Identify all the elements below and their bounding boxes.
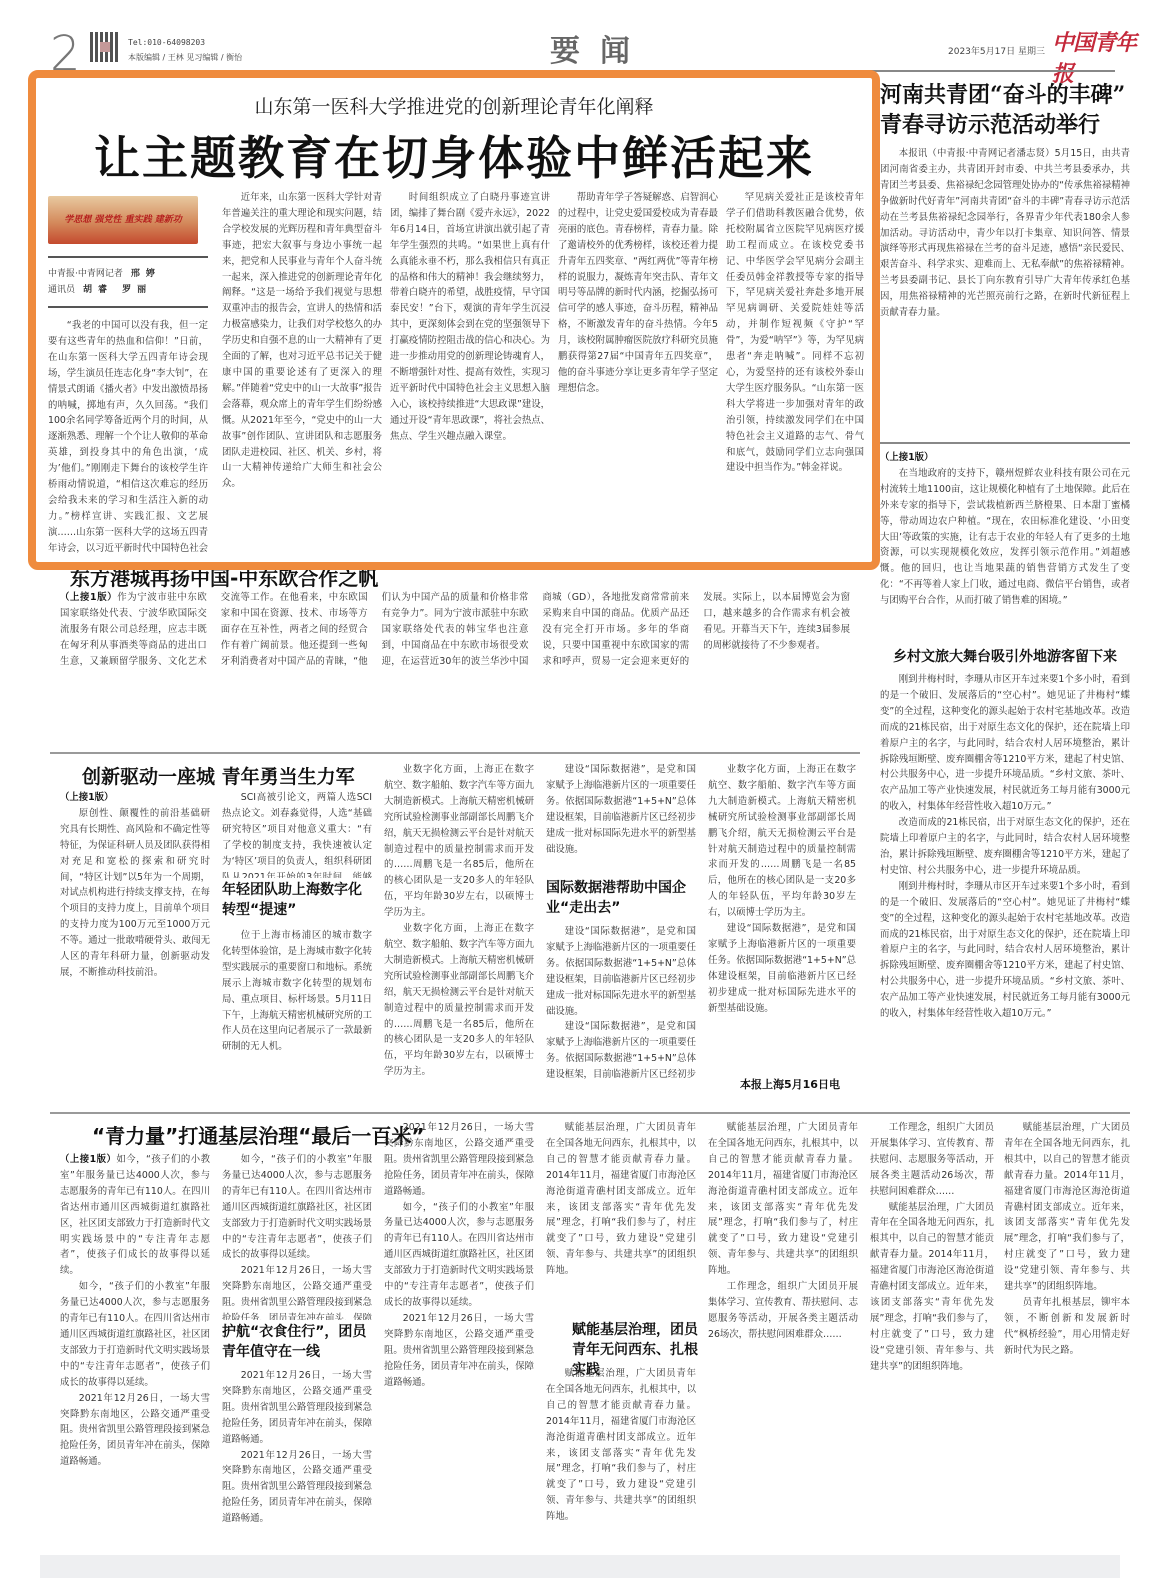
- innovation-col-4a: 建设“国际数据港”，是党和国家赋予上海临港新片区的一项重要任务。依据国际数据港“…: [546, 762, 696, 874]
- right-article-1-headline-2: 青春寻访示范活动举行: [880, 110, 1130, 140]
- newspaper-logo: 中国青年报: [1052, 26, 1140, 88]
- highlighted-lead-article[interactable]: 山东第一医科大学推进党的创新理论青年化阐释 让主题教育在切身体验中鲜活起来 学思…: [28, 70, 880, 570]
- innovation-col-3: 业数字化方面，上海正在数字航空、数字船舶、数字汽车等方面九大制造新模式。上海航天…: [384, 762, 534, 1088]
- innovation-col-1: （上接1版） 原创性、颠覆性的前沿基础研究具有长期性、高风险和不确定性等特征，为…: [60, 790, 210, 1090]
- dateline: 本报上海5月16日电: [740, 1076, 840, 1092]
- page-masthead: 2 Tel:010-64098203 本版编辑 / 王林 见习编辑 / 衡怡 要…: [40, 18, 1140, 76]
- youth-col-3: 2021年12月26日，一场大雪突降黔东南地区，公路交通严重受阻。贵州省凯里公路…: [384, 1120, 534, 1552]
- right-column: 河南共青团“奋斗的丰碑” 青春寻访示范活动举行 本报讯（中青报·中青网记者潘志贤…: [880, 80, 1130, 1080]
- youth-col-2b: 2021年12月26日，一场大雪突降黔东南地区，公路交通严重受阻。贵州省凯里公路…: [222, 1368, 372, 1552]
- right-article-1-headline-1: 河南共青团“奋斗的丰碑”: [880, 80, 1130, 110]
- qr-code-icon: [90, 32, 120, 62]
- page-footer-bar: [40, 1555, 1120, 1578]
- innovation-col-2a: SCI高被引论文，两篇人选SCI热点论文。刘春淼觉得，人选“基础研究特区”项目对…: [222, 790, 372, 878]
- youth-col-5: 赋能基层治理，广大团员青年在全国各地无问西东，扎根其中，以自己的智慧才能贡献青春…: [708, 1120, 858, 1552]
- innovation-article-headline: 创新驱动一座城 青年勇当生力军: [82, 762, 355, 789]
- article-headline: 让主题教育在切身体验中鲜活起来: [36, 122, 872, 188]
- innovation-col-2b: 位于上海市杨浦区的城市数字化转型体验馆，是上海城市数字化转型实践展示的重要窗口和…: [222, 928, 372, 1088]
- ningbo-article-body: （上接1版）作为宁波市驻中东欧国家联络处代表、宁波华欧国际交流服务有限公司总经理…: [60, 590, 850, 740]
- byline: 中青报·中青网记者邢婷 通讯员胡睿 罗丽: [48, 256, 208, 308]
- right-article-3-subhead: 乡村文旅大舞台吸引外地游客留下来: [880, 646, 1130, 666]
- youth-col-4a: 赋能基层治理，广大团员青年在全国各地无问西东，扎根其中，以自己的智慧才能贡献青春…: [546, 1120, 696, 1320]
- youth-col-7: 赋能基层治理，广大团员青年在全国各地无问西东，扎根其中，以自己的智慧才能贡献青春…: [1004, 1120, 1130, 1552]
- innovation-col-5: 业数字化方面，上海正在数字航空、数字船舶、数字汽车等方面九大制造新模式。上海航天…: [708, 762, 856, 1072]
- section-divider: [50, 1112, 1130, 1114]
- innovation-subhead-2: 国际数据港帮助中国企业“走出去”: [546, 878, 696, 918]
- lead-column-2: 近年来，山东第一医科大学针对青年普遍关注的重大理论和现实问题，结合学校发展的光辉…: [222, 190, 382, 554]
- theme-banner-image: 学思想 强党性 重实践 建新功: [48, 196, 198, 244]
- youth-power-headline: “青力量”打通基层治理“最后一百米”: [92, 1120, 425, 1149]
- right-article-3-body: 刚到井梅村时，李珊从市区开车过来要1个多小时，看到的是一个破旧、发展落后的“空心…: [880, 672, 1130, 1092]
- editors-credit: 本版编辑 / 王林 见习编辑 / 衡怡: [128, 52, 242, 63]
- divider: [880, 442, 1130, 444]
- section-name: 要闻: [550, 26, 650, 70]
- youth-col-2a: 如今，“孩子们的小教室”年服务量已达4000人次，参与志愿服务的青年已有110人…: [222, 1152, 372, 1320]
- youth-col-1: （上接1版）如今，“孩子们的小教室”年服务量已达4000人次，参与志愿服务的青年…: [60, 1152, 210, 1552]
- issue-date: 2023年5月17日 星期三: [948, 44, 1045, 57]
- section-divider: [50, 752, 860, 754]
- lead-column-4: 帮助青年学子答疑解惑、启智润心的过程中，让党史爱国爱校成为青春最亮丽的底色。青春…: [558, 190, 718, 554]
- lead-column-5: 罕见病关爱社正是该校青年学子们借助科教医融合优势，依托校附属省立医院罕见病医疗援…: [726, 190, 864, 554]
- lead-column-3: 时间组织成立了白晓丹事迹宣讲团，编排了舞台剧《爱卉永远》，2022年6月14日，…: [390, 190, 550, 554]
- right-article-2-body: （上接1版） 在当地政府的支持下，赣州煜鲜农业科技有限公司在元村流转土地1100…: [880, 450, 1130, 640]
- right-article-1-body: 本报讯（中青报·中青网记者潘志贤）5月15日，由共青团河南省委主办，共青团开封市…: [880, 146, 1130, 436]
- youth-col-6: 工作理念，组织广大团员开展集体学习、宣传教育、帮扶慰问、志愿服务等活动，开展各类…: [870, 1120, 994, 1552]
- innovation-col-4b: 建设“国际数据港”，是党和国家赋予上海临港新片区的一项重要任务。依据国际数据港“…: [546, 924, 696, 1084]
- continued-tag: （上接1版）: [880, 452, 933, 463]
- article-kicker: 山东第一医科大学推进党的创新理论青年化阐释: [36, 92, 872, 119]
- innovation-subhead-1: 年轻团队助上海数字化转型“提速”: [222, 880, 372, 920]
- youth-col-4b: 赋能基层治理，广大团员青年在全国各地无问西东，扎根其中，以自己的智慧才能贡献青春…: [546, 1366, 696, 1552]
- telephone: Tel:010-64098203: [128, 38, 205, 47]
- lead-column-1: “我老的中国可以没有我，但一定要有这些青年的热血和信仰！”日前，在山东第一医科大…: [48, 318, 208, 554]
- youth-subhead-1: 护航“衣食住行”，团员青年值守在一线: [222, 1322, 372, 1362]
